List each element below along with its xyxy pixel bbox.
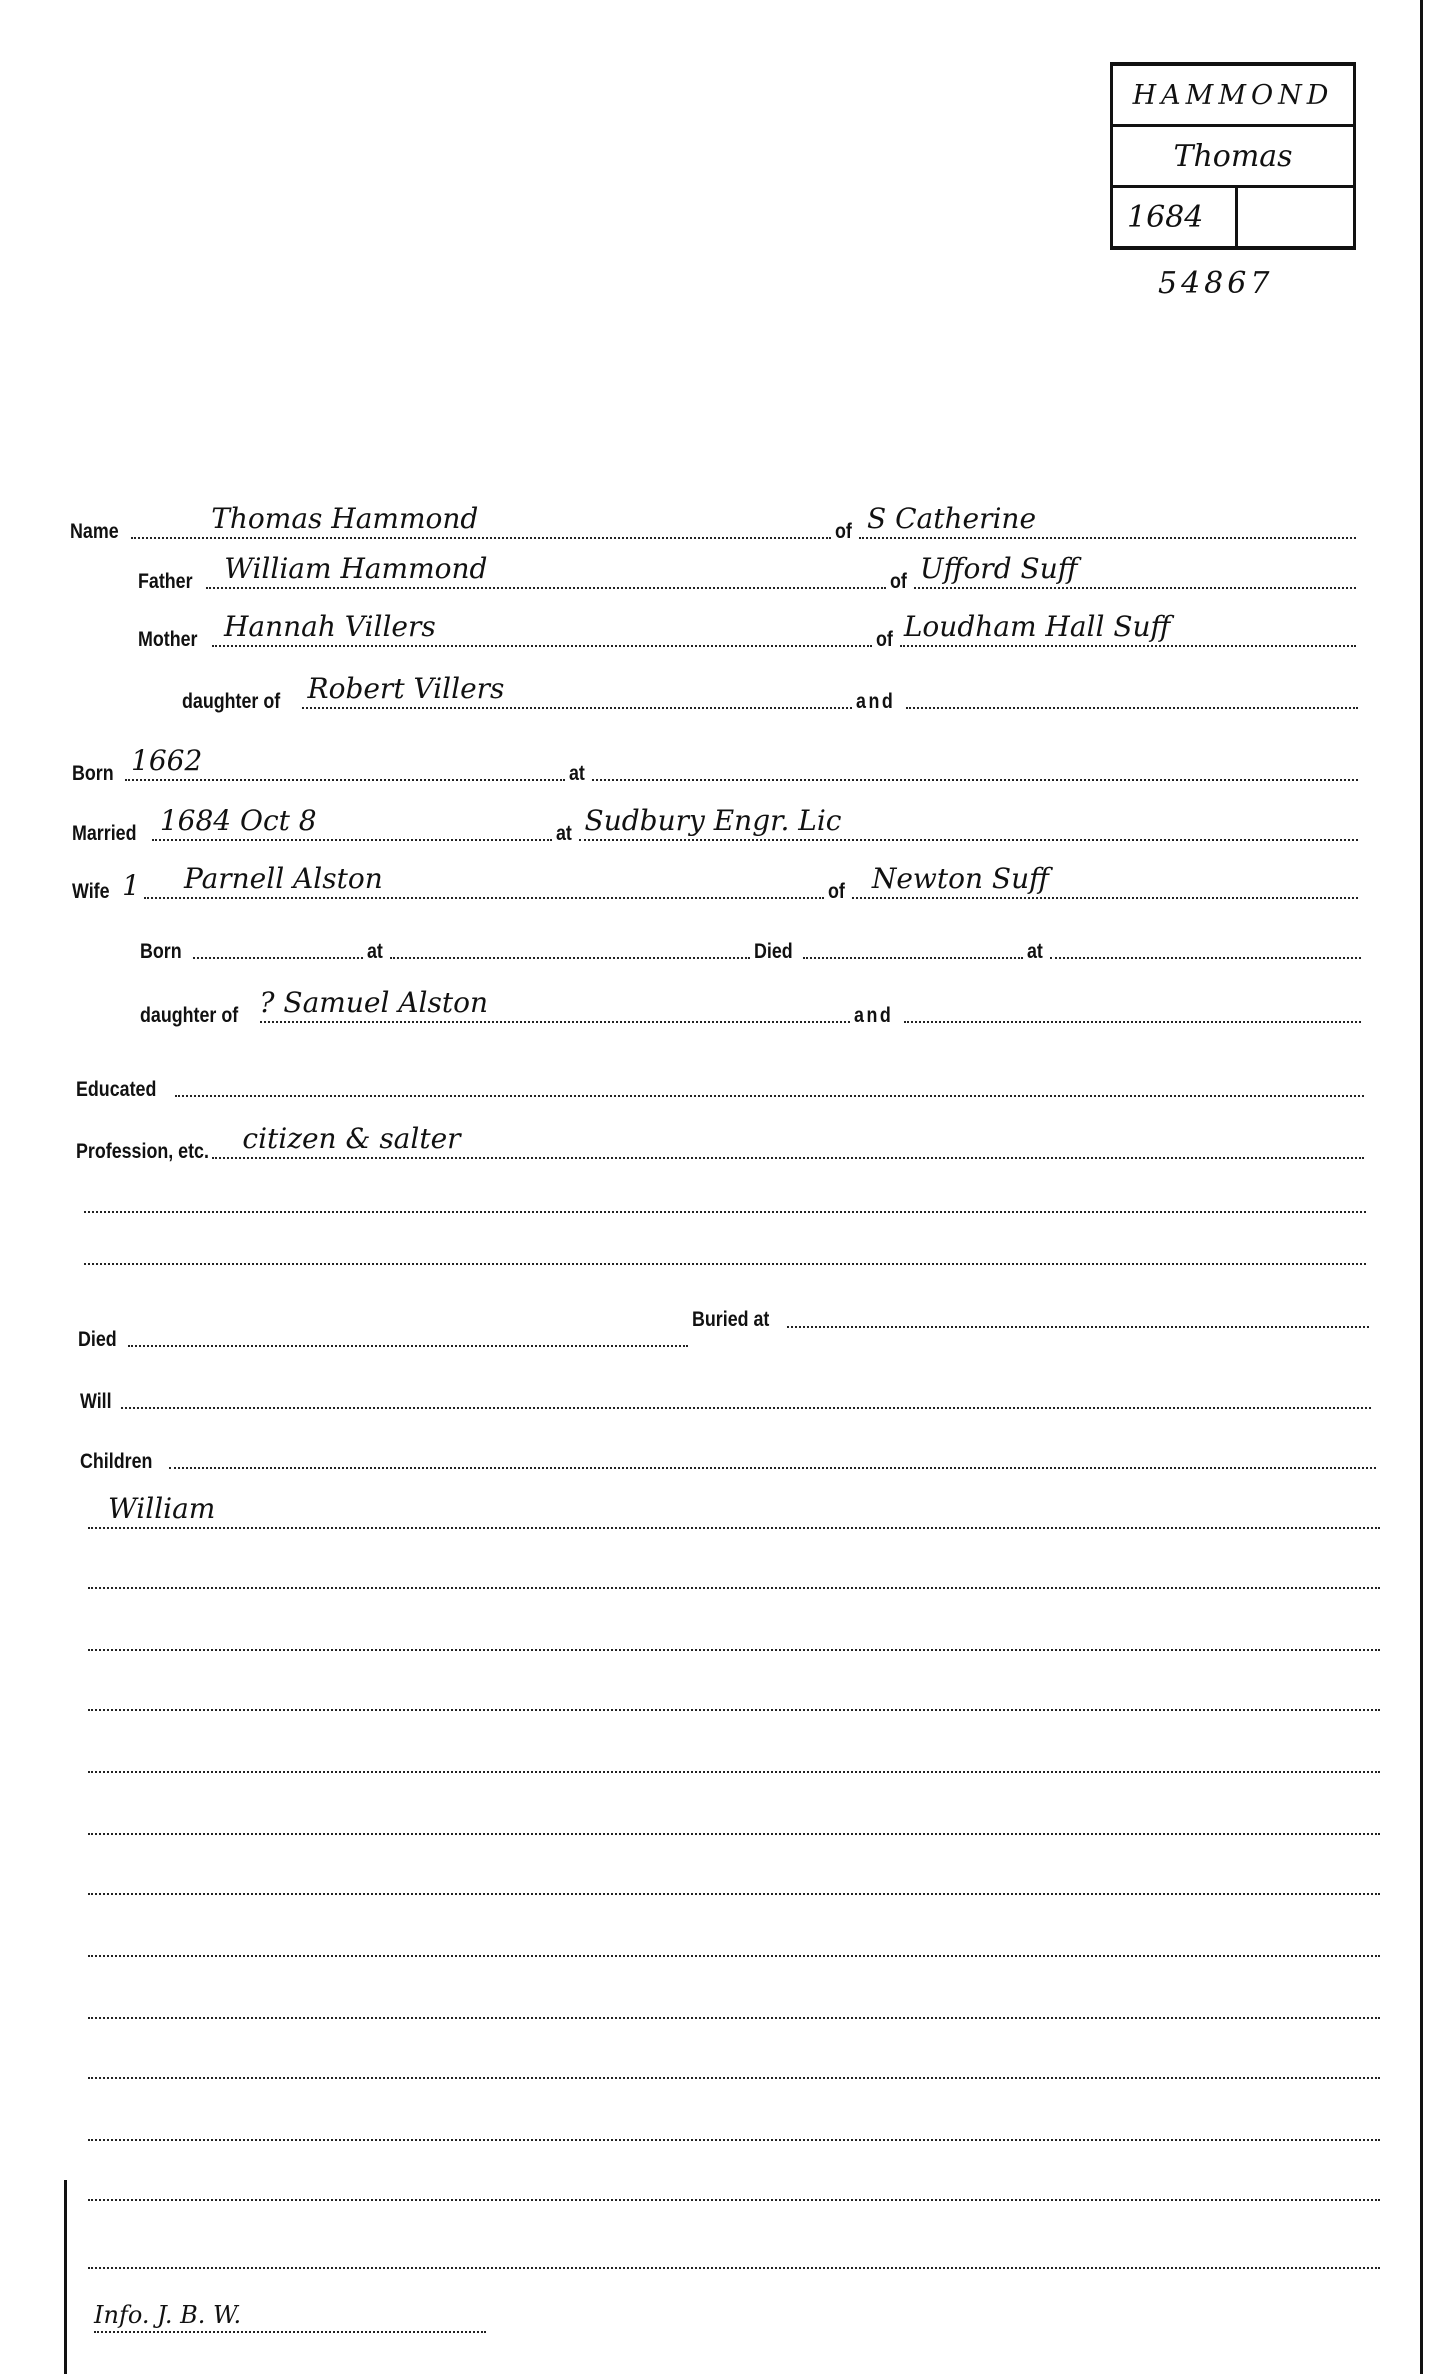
- left-margin-rule: [64, 2180, 67, 2374]
- reference-number: 54867: [1158, 266, 1273, 301]
- blank-line: [84, 1622, 1384, 1656]
- blank-field[interactable]: [88, 2267, 1380, 2269]
- blank-line: [80, 1236, 1370, 1270]
- will-field[interactable]: [121, 1407, 1371, 1409]
- wife-born-label: Born: [140, 940, 182, 964]
- mother-of-value: Loudham Hall Suff: [904, 610, 1171, 643]
- blank-line: [84, 2112, 1384, 2146]
- child-line: William: [84, 1500, 1384, 1534]
- will-line: Will: [80, 1380, 1375, 1414]
- wife-born-at-label: at: [367, 940, 383, 964]
- mother-field[interactable]: Hannah Villers: [212, 645, 872, 647]
- father-value: William Hammond: [224, 552, 487, 585]
- wife-daughter-of-value: ? Samuel Alston: [260, 986, 488, 1019]
- record-card: HAMMOND Thomas 1684 54867 Name Thomas Ha…: [0, 0, 1432, 2374]
- wife-line: Wife 1 Parnell Alston of Newton Suff: [72, 870, 1362, 904]
- buried-at-label: Buried at: [692, 1308, 769, 1332]
- name-field[interactable]: Thomas Hammond: [131, 537, 831, 539]
- educated-label: Educated: [76, 1078, 156, 1102]
- name-label: Name: [70, 520, 119, 544]
- married-field[interactable]: 1684 Oct 8: [152, 839, 552, 841]
- info-value: Info. J. B. W.: [94, 2301, 241, 2329]
- children-label: Children: [80, 1450, 152, 1474]
- born-field[interactable]: 1662: [125, 779, 565, 781]
- wife-and-label: and: [854, 1004, 893, 1028]
- wife-daughter-of-field[interactable]: ? Samuel Alston: [260, 1021, 850, 1023]
- index-year: 1684: [1113, 188, 1238, 246]
- profession-label: Profession, etc.: [76, 1140, 209, 1164]
- blank-line: [84, 1990, 1384, 2024]
- died-label: Died: [78, 1328, 117, 1352]
- wife-daughter-of-and-field[interactable]: [904, 1021, 1361, 1023]
- born-label: Born: [72, 762, 114, 786]
- wife-field[interactable]: Parnell Alston: [144, 897, 824, 899]
- father-of-field[interactable]: Ufford Suff: [914, 587, 1356, 589]
- mother-daughter-of-value: Robert Villers: [308, 672, 505, 705]
- blank-field[interactable]: [88, 1955, 1380, 1957]
- wife-born-at-field[interactable]: [390, 957, 750, 959]
- daughter-of-label: daughter of: [182, 690, 280, 714]
- blank-field[interactable]: [88, 2139, 1380, 2141]
- wife-of-field[interactable]: Newton Suff: [852, 897, 1358, 899]
- blank-line: [84, 2172, 1384, 2206]
- info-field[interactable]: Info. J. B. W.: [94, 2331, 486, 2333]
- name-line: Name Thomas Hammond of S Catherine: [70, 510, 1360, 544]
- mother-of-field[interactable]: Loudham Hall Suff: [900, 645, 1356, 647]
- married-line: Married 1684 Oct 8 at Sudbury Engr. Lic: [72, 812, 1362, 846]
- mother-daughter-of-and-field[interactable]: [906, 707, 1358, 709]
- wife-value: Parnell Alston: [184, 862, 383, 895]
- father-label: Father: [138, 570, 193, 594]
- blank-line: [84, 1806, 1384, 1840]
- children-field[interactable]: [169, 1467, 1376, 1469]
- blank-line: [84, 1744, 1384, 1778]
- mother-of-label: of: [876, 628, 893, 652]
- index-surname: HAMMOND: [1113, 66, 1353, 127]
- name-of-field[interactable]: S Catherine: [859, 537, 1356, 539]
- children-line: Children: [80, 1440, 1380, 1474]
- right-margin-rule: [1420, 0, 1423, 2374]
- blank-field[interactable]: [88, 2199, 1380, 2201]
- index-forename: Thomas: [1113, 127, 1353, 188]
- mother-value: Hannah Villers: [224, 610, 436, 643]
- wife-died-at-label: at: [1027, 940, 1043, 964]
- mother-daughter-of-field[interactable]: Robert Villers: [302, 707, 852, 709]
- married-at-value: Sudbury Engr. Lic: [585, 804, 842, 837]
- father-field[interactable]: William Hammond: [206, 587, 886, 589]
- wife-born-field[interactable]: [193, 957, 363, 959]
- info-line: Info. J. B. W.: [90, 2304, 490, 2338]
- profession-value: citizen & salter: [242, 1122, 460, 1155]
- married-at-label: at: [556, 822, 572, 846]
- blank-line: [84, 2050, 1384, 2084]
- born-at-field[interactable]: [592, 779, 1358, 781]
- blank-field[interactable]: [88, 2077, 1380, 2079]
- mother-daughter-of-line: daughter of Robert Villers and: [182, 680, 1362, 714]
- blank-field[interactable]: [88, 1833, 1380, 1835]
- mother-label: Mother: [138, 628, 198, 652]
- born-value: 1662: [131, 744, 202, 777]
- died-field[interactable]: [128, 1345, 688, 1347]
- profession-line: Profession, etc. citizen & salter: [76, 1130, 1368, 1164]
- wife-daughter-of-label: daughter of: [140, 1004, 238, 1028]
- blank-field[interactable]: [84, 1263, 1366, 1265]
- blank-line: [84, 1560, 1384, 1594]
- child-field[interactable]: William: [88, 1527, 1380, 1529]
- married-label: Married: [72, 822, 136, 846]
- father-line: Father William Hammond of Ufford Suff: [138, 560, 1360, 594]
- married-at-field[interactable]: Sudbury Engr. Lic: [579, 839, 1358, 841]
- buried-at-field[interactable]: [787, 1326, 1369, 1328]
- name-of-label: of: [835, 520, 852, 544]
- index-year-row: 1684: [1113, 188, 1353, 246]
- profession-field[interactable]: citizen & salter: [212, 1157, 1364, 1159]
- blank-field[interactable]: [88, 1587, 1380, 1589]
- father-of-value: Ufford Suff: [920, 552, 1078, 585]
- blank-line: [80, 1184, 1370, 1218]
- child-value: William: [108, 1492, 215, 1525]
- wife-daughter-of-line: daughter of ? Samuel Alston and: [140, 994, 1365, 1028]
- born-line: Born 1662 at: [72, 752, 1362, 786]
- died-line: Died Buried at: [78, 1318, 1373, 1352]
- blank-field[interactable]: [84, 1211, 1366, 1213]
- wife-of-value: Newton Suff: [872, 862, 1049, 895]
- married-value: 1684 Oct 8: [160, 804, 317, 837]
- blank-line: [84, 1928, 1384, 1962]
- blank-field[interactable]: [88, 1771, 1380, 1773]
- index-box: HAMMOND Thomas 1684: [1110, 62, 1356, 250]
- father-of-label: of: [890, 570, 907, 594]
- wife-died-field[interactable]: [803, 957, 1023, 959]
- name-value: Thomas Hammond: [211, 502, 478, 535]
- blank-field[interactable]: [88, 2017, 1380, 2019]
- blank-field[interactable]: [88, 1649, 1380, 1651]
- born-at-label: at: [569, 762, 585, 786]
- will-label: Will: [80, 1390, 112, 1414]
- wife-number: 1: [122, 869, 140, 902]
- mother-line: Mother Hannah Villers of Loudham Hall Su…: [138, 618, 1360, 652]
- blank-field[interactable]: [88, 1893, 1380, 1895]
- blank-line: [84, 2240, 1384, 2274]
- and-label: and: [856, 690, 895, 714]
- wife-of-label: of: [828, 880, 845, 904]
- wife-died-label: Died: [754, 940, 793, 964]
- blank-line: [84, 1866, 1384, 1900]
- blank-line: [84, 1682, 1384, 1716]
- educated-line: Educated: [76, 1068, 1368, 1102]
- educated-field[interactable]: [175, 1095, 1364, 1097]
- name-of-value: S Catherine: [867, 502, 1036, 535]
- wife-died-at-field[interactable]: [1050, 957, 1361, 959]
- blank-field[interactable]: [88, 1709, 1380, 1711]
- wife-born-died-line: Born at Died at: [140, 930, 1365, 964]
- wife-label: Wife: [72, 880, 110, 904]
